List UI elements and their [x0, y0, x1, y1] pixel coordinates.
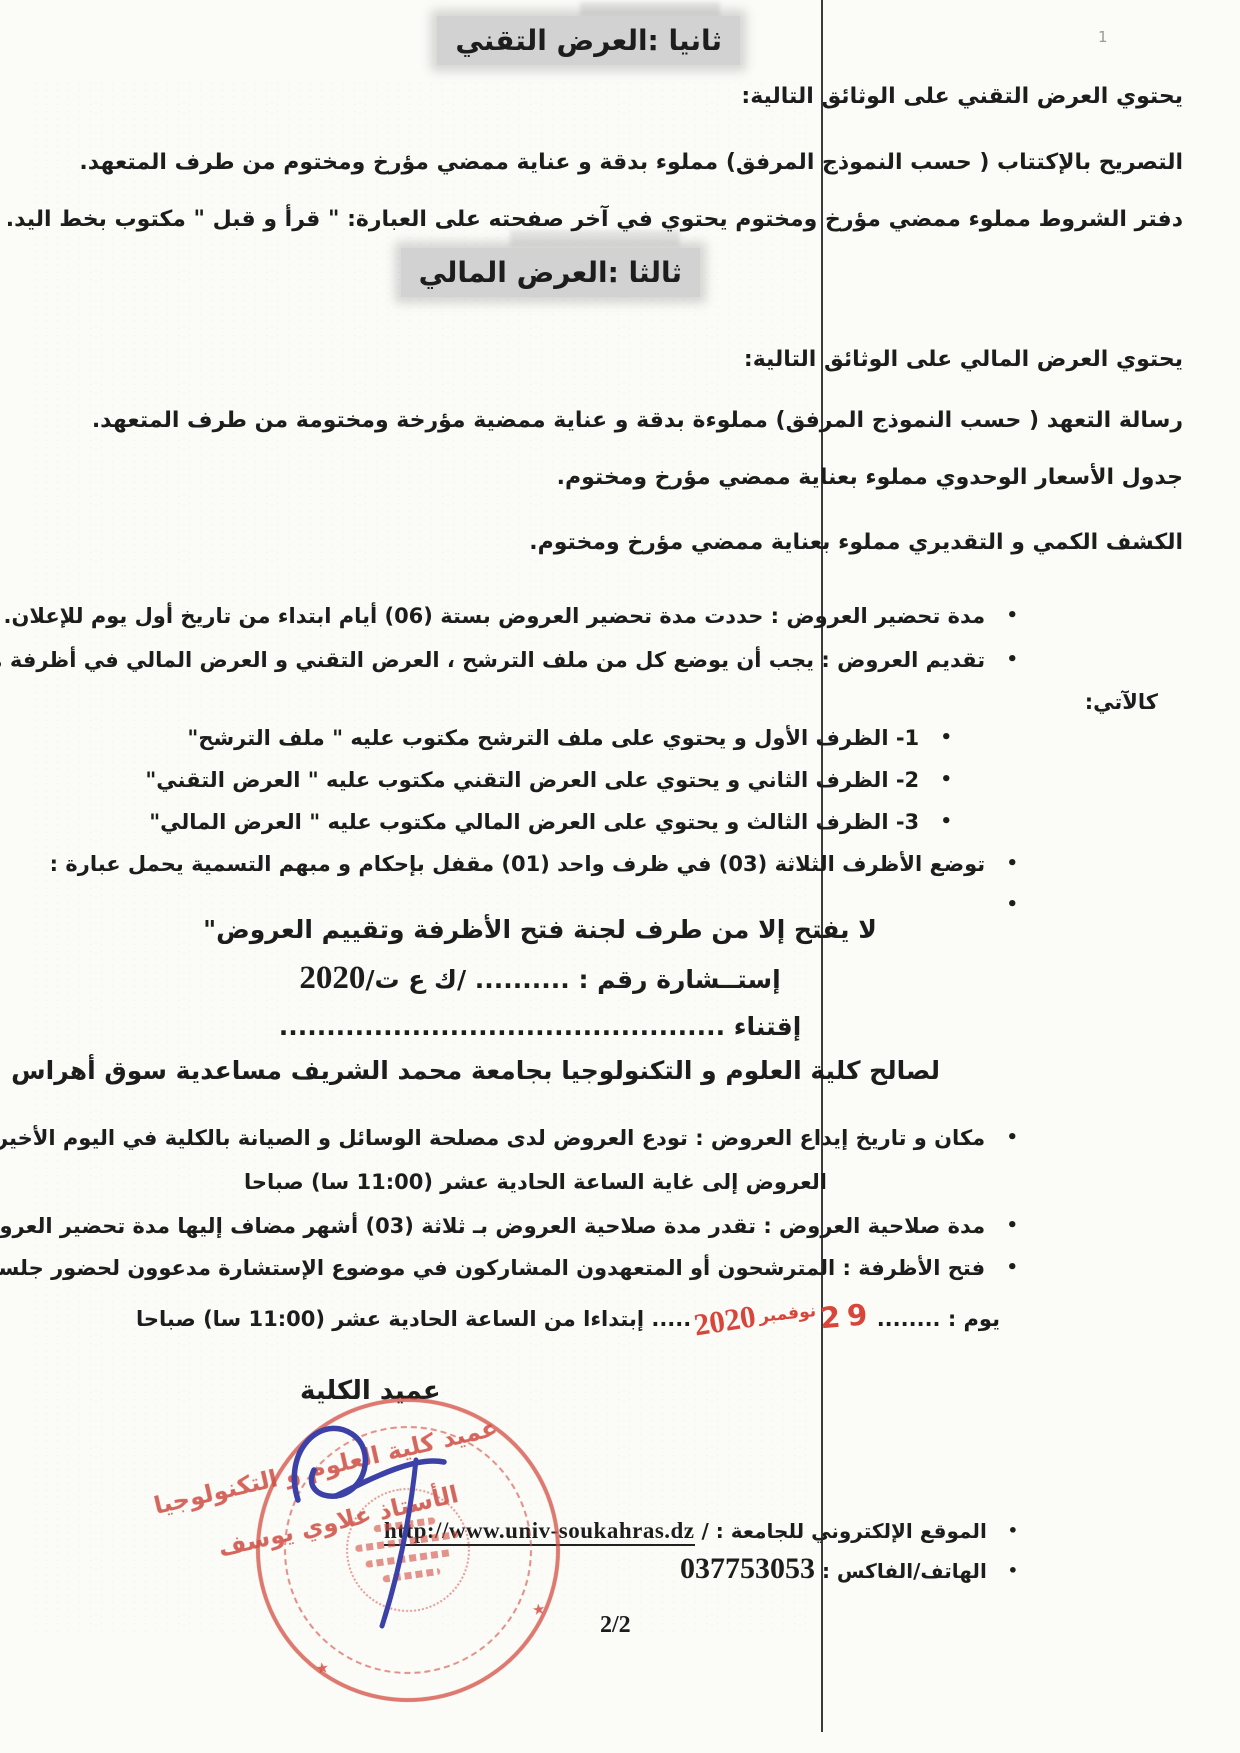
bullet-deposit-place-date: • مكان و تاريخ إيداع العروض : تودع العرو…: [0, 1126, 1018, 1150]
bullet-text: يجب أن يوضع كل من ملف الترشح ، العرض الت…: [0, 648, 814, 672]
dean-signature: [258, 1400, 468, 1640]
bullet-icon: •: [1006, 1127, 1018, 1148]
bullet-text: 3- الظرف الثالث و يحتوي على العرض المالي…: [149, 810, 919, 834]
deposit-place-continuation: العروض إلى غاية الساعة الحادية عشر (11:0…: [244, 1170, 827, 1194]
stamped-date-year: 2020: [692, 1298, 759, 1343]
bullet-single-envelope: • توضع الأظرف الثلاثة (03) في ظرف واحد (…: [50, 852, 1018, 876]
bullet-icon: •: [1006, 1257, 1018, 1278]
bullet-offers-submission: • تقديم العروض : يجب أن يوضع كل من ملف ا…: [0, 648, 1018, 672]
bullet-lead: مدة تحضير العروض :: [771, 604, 986, 628]
website-label: الموقع الإلكتروني للجامعة : /: [702, 1519, 987, 1543]
bullet-lead: مدة صلاحية العروض :: [763, 1214, 985, 1238]
bullet-icon: •: [1006, 649, 1018, 670]
section-heading-technical-offer: ثانيا :العرض التقني: [437, 16, 740, 65]
bullet-icon: •: [940, 769, 952, 790]
financial-item-commitment-letter: رسالة التعهد ( حسب النموذج المرفق) مملوء…: [92, 408, 1183, 433]
bullet-icon: •: [1006, 605, 1018, 626]
bullet-text: تقدر مدة صلاحية العروض بـ ثلاثة (03) أشه…: [0, 1214, 756, 1238]
bullet-icon: •: [1006, 853, 1018, 874]
footer-phone: • الهاتف/الفاكس : 037753053: [680, 1552, 1018, 1586]
bullet-text: 2- الظرف الثاني و يحتوي على العرض التقني…: [145, 768, 919, 792]
opening-day-suffix: ..... إبتداءا من الساعة الحادية عشر (11:…: [136, 1307, 691, 1331]
financial-item-unit-prices-table: جدول الأسعار الوحدوي مملوء بعناية ممضي م…: [557, 465, 1183, 490]
bullet-envelope-3: • 3- الظرف الثالث و يحتوي على العرض الما…: [149, 810, 952, 834]
consultation-number-line: إستــشارة رقم : .......... /ك ع ت/2020: [140, 960, 940, 997]
acquisition-line: إقتناء .................................…: [140, 1012, 940, 1041]
bullet-text: المترشحون أو المتعهدون المشاركون في موضو…: [0, 1256, 835, 1280]
bullet-text: تودع العروض لدى مصلحة الوسائل و الصيانة …: [0, 1126, 688, 1150]
bullet-envelope-2: • 2- الظرف الثاني و يحتوي على العرض التق…: [145, 768, 952, 792]
bullet-text: 1- الظرف الأول و يحتوي على ملف الترشح مك…: [187, 726, 919, 750]
bullet-envelope-1: • 1- الظرف الأول و يحتوي على ملف الترشح …: [187, 726, 952, 750]
page-number: 2/2: [600, 1612, 631, 1639]
consultation-prefix: إستــشارة رقم : .......... /ك ع ت/: [365, 965, 780, 994]
bullet-empty: •: [992, 893, 1018, 917]
technical-offer-intro: يحتوي العرض التقني على الوثائق التالية:: [741, 84, 1183, 109]
bullet-icon: •: [940, 811, 952, 832]
bullet-icon: •: [1006, 894, 1018, 915]
opening-day-prefix: يوم : ........: [877, 1307, 1000, 1331]
handwritten-date-day: 29: [819, 1297, 876, 1336]
bullet-icon: •: [1008, 1561, 1018, 1580]
scan-smudge: [580, 2, 720, 16]
section-heading-financial-offer: ثالثا :العرض المالي: [401, 248, 700, 297]
scanned-document-page: 1 ثانيا :العرض التقني يحتوي العرض التقني…: [0, 0, 1240, 1753]
opening-day-line: يوم : ........29نوفمبر2020..... إبتداءا …: [136, 1298, 1000, 1334]
bullet-lead: مكان و تاريخ إيداع العروض :: [695, 1126, 985, 1150]
bullet-offers-validity: • مدة صلاحية العروض : تقدر مدة صلاحية ال…: [0, 1214, 1018, 1238]
star-icon: ★: [531, 1600, 547, 1620]
beneficiary-line: لصالح كلية العلوم و التكنولوجيا بجامعة م…: [60, 1056, 940, 1085]
bullet-icon: •: [940, 727, 952, 748]
technical-item-terms-booklet: دفتر الشروط مملوء ممضي مؤرخ ومختوم يحتوي…: [6, 207, 1183, 232]
bullet-preparation-duration: • مدة تحضير العروض : حددت مدة تحضير العر…: [3, 604, 1018, 628]
consultation-year: 2020: [299, 960, 365, 996]
scan-artifact-mark: 1: [1098, 28, 1108, 46]
scan-smudge: [510, 230, 680, 246]
bullet-icon: •: [1006, 1215, 1018, 1236]
phone-number: 037753053: [680, 1552, 815, 1585]
bullet-text: حددت مدة تحضير العروض بستة (06) أيام ابت…: [3, 604, 763, 628]
envelope-notice-text: لا يفتح إلا من طرف لجنة فتح الأظرفة وتقي…: [140, 915, 940, 944]
technical-item-subscription-declaration: التصريح بالإكتتاب ( حسب النموذج المرفق) …: [79, 150, 1183, 175]
bullet-lead: فتح الأظرفة :: [843, 1256, 986, 1280]
financial-offer-intro: يحتوي العرض المالي على الوثائق التالية:: [744, 347, 1183, 372]
bullet-envelopes-opening: • فتح الأظرفة : المترشحون أو المتعهدون ا…: [0, 1256, 1018, 1280]
bullet-text: توضع الأظرف الثلاثة (03) في ظرف واحد (01…: [50, 852, 986, 876]
star-icon: ★: [314, 1658, 330, 1678]
bullet-lead: تقديم العروض :: [821, 648, 985, 672]
phone-label: الهاتف/الفاكس :: [822, 1559, 987, 1583]
financial-item-quantitative-estimate: الكشف الكمي و التقديري مملوء بعناية ممضي…: [529, 530, 1183, 555]
submission-continuation: كالآتي:: [1085, 690, 1158, 714]
bullet-icon: •: [1008, 1521, 1018, 1540]
stamped-date-month: نوفمبر: [758, 1301, 817, 1327]
